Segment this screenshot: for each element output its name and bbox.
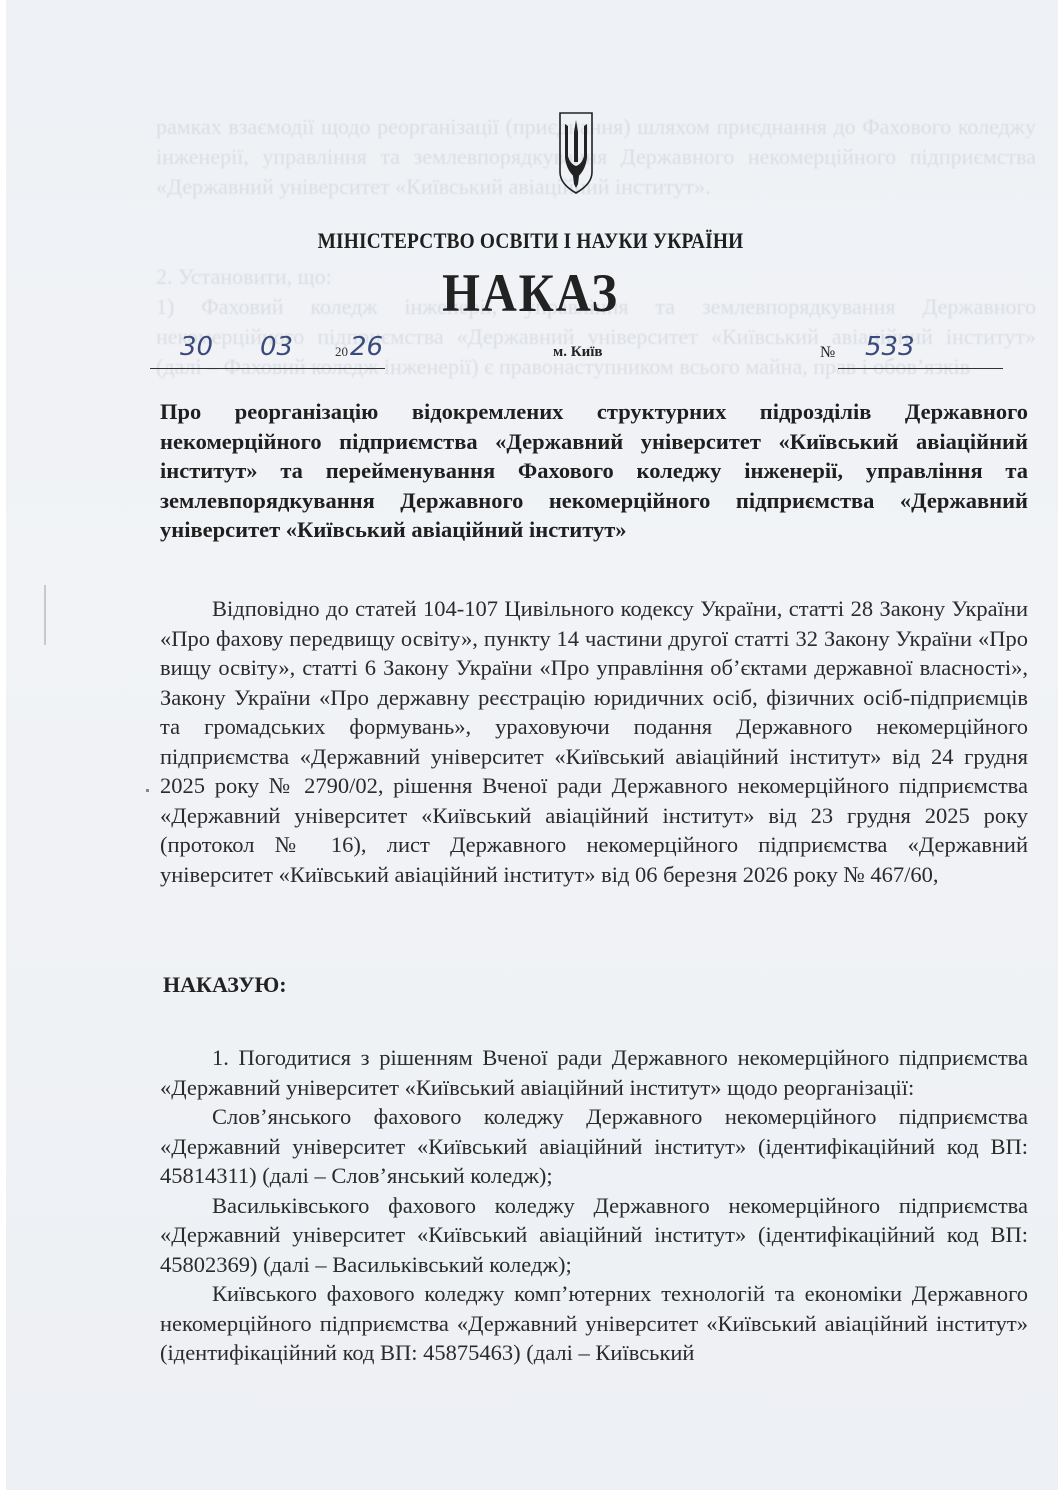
preamble-paragraph: Відповідно до статей 104-107 Цивільного …: [160, 594, 1028, 889]
date-century: 20: [335, 344, 348, 360]
scan-dot: [146, 789, 149, 792]
scan-mark: [44, 585, 46, 645]
order-item: Васильківського фахового коледжу Державн…: [160, 1191, 1028, 1280]
date-year: 26: [350, 332, 383, 362]
order-item: Слов’янського фахового коледжу Державног…: [160, 1102, 1028, 1191]
document-title: НАКАЗ: [53, 262, 1008, 324]
order-subject: Про реорганізацію відокремлених структур…: [160, 397, 1028, 545]
trident-icon: [559, 112, 593, 194]
order-items: 1. Погодитися з рішенням Вченої ради Дер…: [160, 1043, 1028, 1368]
date-day: 30: [180, 332, 213, 362]
number-label: №: [820, 344, 835, 362]
date-month: 03: [260, 332, 293, 362]
preamble: Відповідно до статей 104-107 Цивільного …: [160, 594, 1028, 889]
order-item: 1. Погодитися з рішенням Вченої ради Дер…: [160, 1043, 1028, 1102]
bleed-through-text: рамках взаємодії щодо реорганізації (при…: [156, 112, 1036, 202]
order-item: Київського фахового коледжу комп’ютерних…: [160, 1279, 1028, 1368]
order-word: НАКАЗУЮ:: [163, 972, 287, 998]
number-underline: [838, 368, 1003, 369]
date-number-row: 30 03 20 26 м. Київ № 533: [150, 330, 1030, 370]
ministry-name: МІНІСТЕРСТВО ОСВІТИ І НАУКИ УКРАЇНИ: [64, 228, 998, 254]
order-number: 533: [865, 332, 915, 362]
date-underline: [150, 368, 385, 369]
city: м. Київ: [553, 344, 603, 361]
